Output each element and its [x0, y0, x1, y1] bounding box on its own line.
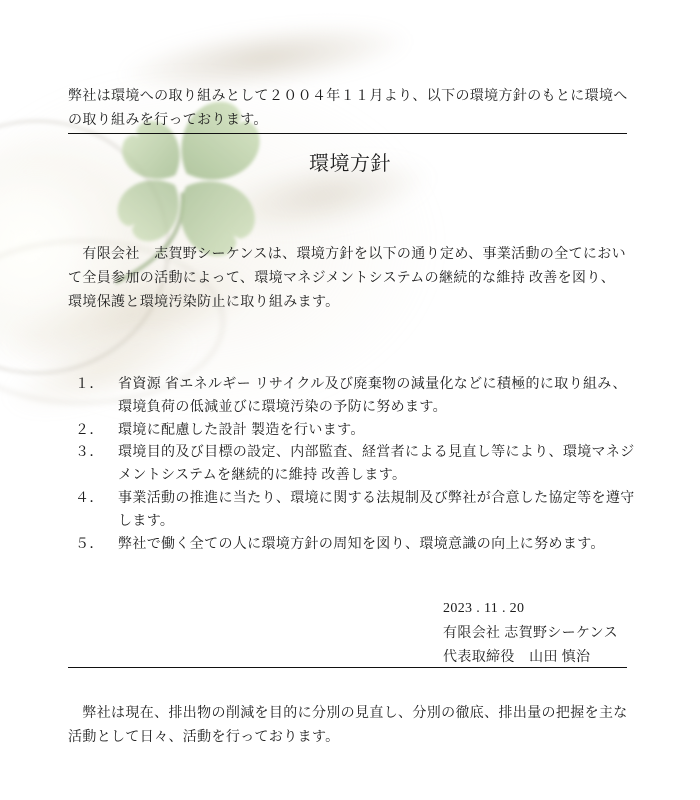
- policy-item: ４． 事業活動の推進に当たり、環境に関する法規制及び弊社が合意した協定等を遵守 …: [68, 488, 648, 534]
- footer-paragraph: 弊社は現在、排出物の削減を目的に分別の見直し、分別の徹底、排出量の把握を主な 活…: [68, 702, 658, 750]
- text-line: の取り組みを行っております。: [68, 109, 648, 133]
- text-line: 環境負荷の低減並びに環境汚染の予防に努めます。: [118, 397, 648, 420]
- text-line: 弊社は現在、排出物の削減を目的に分別の見直し、分別の徹底、排出量の把握を主な: [68, 702, 658, 726]
- text-line: メントシステムを継続的に維持 改善します。: [118, 465, 648, 488]
- text-line: 環境目的及び目標の設定、内部監査、経営者による見直し等により、環境マネジ: [118, 442, 648, 465]
- policy-list: １． 省資源 省エネルギー リサイクル及び廃棄物の減量化などに積極的に取り組み、…: [68, 374, 648, 556]
- text-line: 環境保護と環境汚染防止に取り組みます。: [68, 291, 648, 315]
- policy-item-number: ２．: [75, 420, 104, 443]
- bottom-divider: [68, 667, 627, 668]
- policy-item-number: ５．: [75, 534, 104, 557]
- policy-item: ５． 弊社で働く全ての人に環境方針の周知を図り、環境意識の向上に努めます。: [68, 534, 648, 557]
- text-line: 弊社は環境への取り組みとして２００４年１１月より、以下の環境方針のもとに環境へ: [68, 85, 648, 109]
- text-line: 弊社で働く全ての人に環境方針の周知を図り、環境意識の向上に努めます。: [118, 534, 648, 557]
- document-page: 弊社は環境への取り組みとして２００４年１１月より、以下の環境方針のもとに環境へ …: [0, 0, 700, 800]
- signature-date: 2023 . 11 . 20: [443, 597, 618, 622]
- policy-item: ３． 環境目的及び目標の設定、内部監査、経営者による見直し等により、環境マネジ …: [68, 442, 648, 488]
- policy-item-number: １．: [75, 374, 104, 397]
- text-line: 活動として日々、活動を行っております。: [68, 726, 658, 750]
- policy-item-number: ４．: [75, 488, 104, 511]
- signature-block: 2023 . 11 . 20 有限会社 志賀野シーケンス 代表取締役 山田 慎治: [443, 597, 618, 671]
- intro-paragraph: 弊社は環境への取り組みとして２００４年１１月より、以下の環境方針のもとに環境へ …: [68, 85, 648, 133]
- top-divider: [68, 133, 627, 134]
- policy-item: １． 省資源 省エネルギー リサイクル及び廃棄物の減量化などに積極的に取り組み、…: [68, 374, 648, 420]
- text-line: 有限会社 志賀野シーケンスは、環境方針を以下の通り定め、事業活動の全てにおい: [68, 243, 648, 267]
- signature-company: 有限会社 志賀野シーケンス: [443, 622, 618, 647]
- document-content: 弊社は環境への取り組みとして２００４年１１月より、以下の環境方針のもとに環境へ …: [0, 0, 700, 800]
- policy-item: ２． 環境に配慮した設計 製造を行います。: [68, 420, 648, 443]
- page-title: 環境方針: [0, 150, 700, 178]
- text-line: します。: [118, 511, 648, 534]
- text-line: て全員参加の活動によって、環境マネジメントシステムの継続的な維持 改善を図り、: [68, 267, 648, 291]
- policy-item-number: ３．: [75, 442, 104, 465]
- policy-statement: 有限会社 志賀野シーケンスは、環境方針を以下の通り定め、事業活動の全てにおい て…: [68, 243, 648, 315]
- text-line: 省資源 省エネルギー リサイクル及び廃棄物の減量化などに積極的に取り組み、: [118, 374, 648, 397]
- text-line: 環境に配慮した設計 製造を行います。: [118, 420, 648, 443]
- text-line: 事業活動の推進に当たり、環境に関する法規制及び弊社が合意した協定等を遵守: [118, 488, 648, 511]
